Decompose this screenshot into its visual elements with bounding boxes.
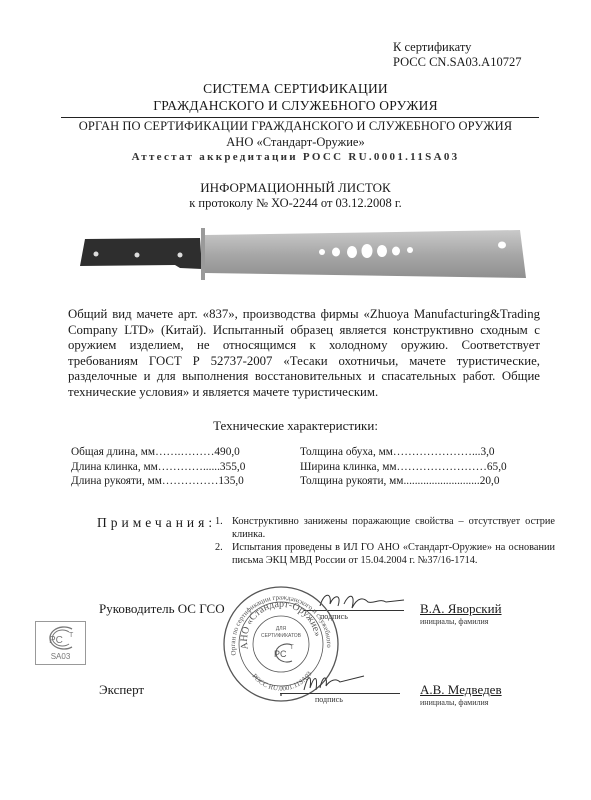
spec-value: 355,0 [220, 460, 245, 475]
spec-value: 3,0 [480, 445, 494, 460]
stamp-pct-logo-icon: PC T [274, 644, 294, 662]
stamp-center-mid: СЕРТИФИКАТОВ [261, 633, 302, 639]
spec-total-length: Общая длина, мм…….………490,0 [71, 445, 245, 460]
system-title-line2: ГРАЖДАНСКОГО И СЛУЖЕБНОГО ОРУЖИЯ [0, 98, 591, 114]
organ-title: ОРГАН ПО СЕРТИФИКАЦИИ ГРАЖДАНСКОГО И СЛУ… [0, 119, 591, 134]
note-text: Испытания проведены в ИЛ ГО АНО «Стандар… [232, 542, 555, 567]
note-item: 1. Конструктивно занижены поражающие сво… [215, 516, 555, 541]
name-caption: инициалы, фамилия [420, 617, 488, 626]
spec-handle-length: Длина рукояти, мм……………135,0 [71, 474, 245, 489]
spec-label: Длина клинка, мм [71, 460, 158, 475]
svg-text:PC: PC [49, 635, 63, 646]
machete-photo [80, 228, 540, 288]
info-sheet-title: ИНФОРМАЦИОННЫЙ ЛИСТОК [0, 180, 591, 196]
info-sheet-subtitle: к протоколу № ХО-2244 от 03.12.2008 г. [0, 196, 591, 211]
specs-title: Технические характеристики: [0, 418, 591, 434]
signature-line [280, 693, 400, 694]
spec-value: 65,0 [487, 460, 507, 475]
signature-caption: подпись [315, 695, 343, 704]
note-item: 2. Испытания проведены в ИЛ ГО АНО «Стан… [215, 542, 555, 567]
spec-blade-length: Длина клинка, мм…………......355,0 [71, 460, 245, 475]
certificate-ref-number: РОСС CN.SA03.A10727 [393, 55, 521, 70]
spec-dots: ........................... [403, 474, 479, 489]
certificate-reference: К сертификату РОСС CN.SA03.A10727 [393, 40, 521, 70]
spec-handle-thickness: Толщина рукояти, мм.....................… [300, 474, 507, 489]
spec-spine-thickness: Толщина обуха, мм…………………...3,0 [300, 445, 507, 460]
spec-dots: …………… [162, 474, 218, 489]
spec-dots: …………………… [397, 460, 487, 475]
svg-text:PC: PC [274, 649, 287, 659]
specs-right: Толщина обуха, мм…………………...3,0 Ширина кл… [300, 445, 507, 489]
spec-value: 135,0 [218, 474, 243, 489]
organization-name: АНО «Стандарт-Оружие» [0, 135, 591, 150]
svg-text:T: T [290, 645, 294, 651]
spec-label: Толщина обуха, мм [300, 445, 393, 460]
svg-text:T: T [69, 632, 74, 639]
signatory-name: А.В. Медведев [420, 682, 502, 698]
pct-certification-mark: PC T SA03 [35, 621, 86, 665]
accreditation-line: Аттестат аккредитации РОСС RU.0001.11SA0… [0, 151, 591, 163]
note-text: Конструктивно занижены поражающие свойст… [232, 516, 555, 541]
spec-dots: …………...... [158, 460, 220, 475]
certificate-ref-line1: К сертификату [393, 40, 521, 55]
spec-label: Ширина клинка, мм [300, 460, 397, 475]
spec-blade-width: Ширина клинка, мм……………………65,0 [300, 460, 507, 475]
header-divider [61, 117, 539, 118]
spec-dots: …………………... [393, 445, 481, 460]
signatory-name: В.А. Яворский [420, 601, 502, 617]
spec-label: Толщина рукояти, мм [300, 474, 403, 489]
specs-left: Общая длина, мм…….………490,0 Длина клинка,… [71, 445, 245, 489]
stamp-center-top: ДЛЯ [276, 626, 287, 632]
pct-code: SA03 [51, 652, 71, 661]
note-number: 2. [215, 542, 232, 567]
spec-value: 490,0 [214, 445, 239, 460]
signatory-role-head: Руководитель ОС ГСО [99, 601, 225, 617]
notes-label: Примечания: [97, 515, 216, 531]
spec-value: 20,0 [480, 474, 500, 489]
spec-label: Общая длина, мм [71, 445, 155, 460]
signatory-role-expert: Эксперт [99, 682, 144, 698]
notes-list: 1. Конструктивно занижены поражающие сво… [215, 516, 555, 568]
spec-dots: …….……… [155, 445, 214, 460]
product-description: Общий вид мачете арт. «837», производств… [68, 307, 540, 400]
pct-logo-icon: PC T SA03 [36, 622, 85, 664]
system-title-line1: СИСТЕМА СЕРТИФИКАЦИИ [0, 81, 591, 97]
signature-scribble [300, 670, 370, 694]
spec-label: Длина рукояти, мм [71, 474, 162, 489]
name-caption: инициалы, фамилия [420, 698, 488, 707]
note-number: 1. [215, 516, 232, 541]
